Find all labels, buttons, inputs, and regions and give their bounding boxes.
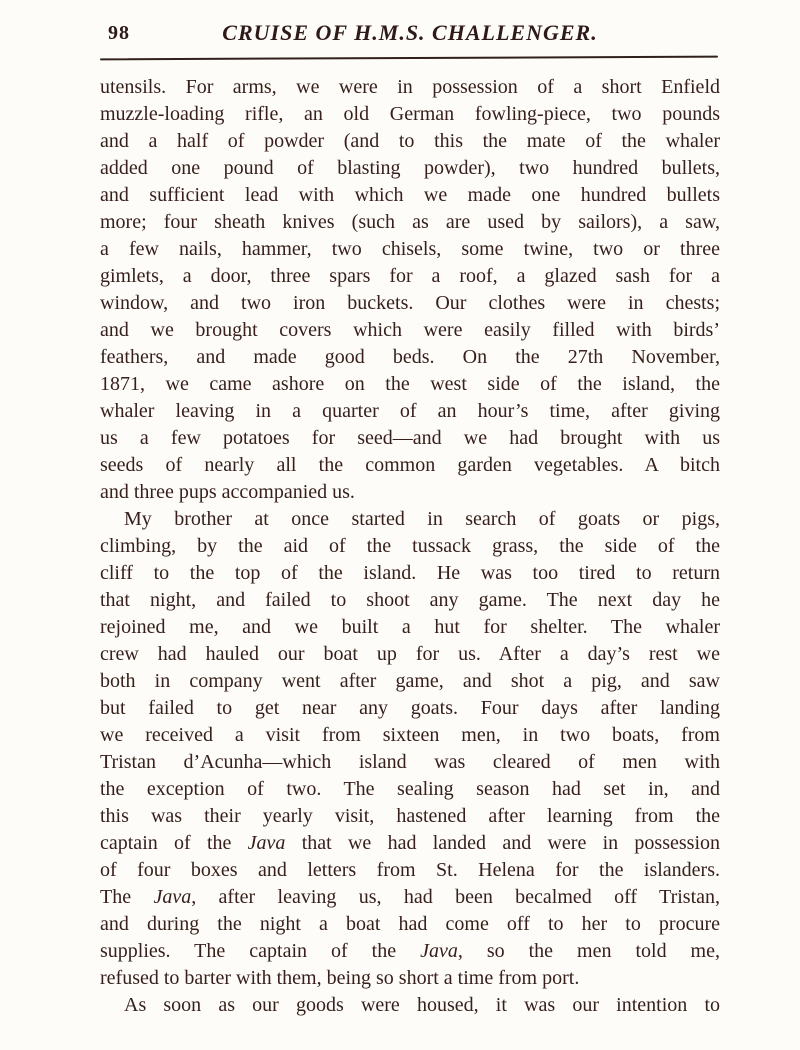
text-line: supplies. The captain of the Java, so th… <box>100 938 720 965</box>
text-segment: a few nails, hammer, two chisels, some t… <box>100 238 720 260</box>
text-line: and a half of powder (and to this the ma… <box>100 128 720 155</box>
text-segment: this was their yearly visit, hastened af… <box>100 805 720 827</box>
text-segment: muzzle-loading rifle, an old German fowl… <box>100 103 720 125</box>
text-segment: and during the night a boat had come off… <box>100 913 720 935</box>
ship-name-italic: Java <box>153 886 191 908</box>
ship-name-italic: Java <box>420 940 458 962</box>
text-segment: more; four sheath knives (such as are us… <box>100 211 720 233</box>
running-title: CRUISE OF H.M.S. CHALLENGER. <box>100 18 720 46</box>
text-segment: cliff to the top of the island. He was t… <box>100 562 720 584</box>
text-line: utensils. For arms, we were in possessio… <box>100 74 720 101</box>
text-line: that night, and failed to shoot any game… <box>100 587 720 614</box>
text-segment: gimlets, a door, three spars for a roof,… <box>100 265 720 287</box>
text-segment: crew had hauled our boat up for us. Afte… <box>100 643 720 665</box>
text-line: feathers, and made good beds. On the 27t… <box>100 344 720 371</box>
text-segment: and three pups accompanied us. <box>100 481 355 503</box>
text-line: seeds of nearly all the common garden ve… <box>100 452 720 479</box>
text-line: My brother at once started in search of … <box>100 506 720 533</box>
text-line: and three pups accompanied us. <box>100 479 720 506</box>
text-segment: utensils. For arms, we were in possessio… <box>100 76 720 98</box>
text-line: both in company went after game, and sho… <box>100 668 720 695</box>
text-line: more; four sheath knives (such as are us… <box>100 209 720 236</box>
text-line: a few nails, hammer, two chisels, some t… <box>100 236 720 263</box>
text-segment: rejoined me, and we built a hut for shel… <box>100 616 720 638</box>
text-line: and sufficient lead with which we made o… <box>100 182 720 209</box>
page-body: utensils. For arms, we were in possessio… <box>100 74 720 1019</box>
text-line: muzzle-loading rifle, an old German fowl… <box>100 101 720 128</box>
text-segment: feathers, and made good beds. On the 27t… <box>100 346 720 368</box>
text-segment: refused to barter with them, being so sh… <box>100 967 579 989</box>
text-line: the exception of two. The sealing season… <box>100 776 720 803</box>
text-line: of four boxes and letters from St. Helen… <box>100 857 720 884</box>
text-segment: As soon as our goods were housed, it was… <box>124 994 720 1016</box>
text-line: climbing, by the aid of the tussack gras… <box>100 533 720 560</box>
text-segment: Tristan d’Acunha—which island was cleare… <box>100 751 720 773</box>
text-line: whaler leaving in a quarter of an hour’s… <box>100 398 720 425</box>
text-line: added one pound of blasting powder), two… <box>100 155 720 182</box>
paragraph: My brother at once started in search of … <box>100 506 720 992</box>
text-line: As soon as our goods were housed, it was… <box>100 992 720 1019</box>
text-segment: that night, and failed to shoot any game… <box>100 589 720 611</box>
text-line: cliff to the top of the island. He was t… <box>100 560 720 587</box>
text-line: refused to barter with them, being so sh… <box>100 965 720 992</box>
text-segment: My brother at once started in search of … <box>124 508 720 530</box>
text-segment: of four boxes and letters from St. Helen… <box>100 859 720 881</box>
text-line: us a few potatoes for seed—and we had br… <box>100 425 720 452</box>
text-segment: 1871, we came ashore on the west side of… <box>100 373 720 395</box>
text-line: window, and two iron buckets. Our clothe… <box>100 290 720 317</box>
book-page: 98 CRUISE OF H.M.S. CHALLENGER. utensils… <box>0 0 800 1050</box>
text-line: The Java, after leaving us, had been bec… <box>100 884 720 911</box>
text-line: rejoined me, and we built a hut for shel… <box>100 614 720 641</box>
text-segment: captain of the <box>100 832 248 854</box>
text-line: 1871, we came ashore on the west side of… <box>100 371 720 398</box>
text-line: gimlets, a door, three spars for a roof,… <box>100 263 720 290</box>
text-line: crew had hauled our boat up for us. Afte… <box>100 641 720 668</box>
text-segment: supplies. The captain of the <box>100 940 420 962</box>
text-segment: The <box>100 886 153 908</box>
text-segment: and a half of powder (and to this the ma… <box>100 130 720 152</box>
text-line: this was their yearly visit, hastened af… <box>100 803 720 830</box>
text-segment: , so the men told me, <box>458 940 720 962</box>
text-segment: but failed to get near any goats. Four d… <box>100 697 720 719</box>
text-segment: both in company went after game, and sho… <box>100 670 720 692</box>
paragraph: utensils. For arms, we were in possessio… <box>100 74 720 506</box>
text-line: Tristan d’Acunha—which island was cleare… <box>100 749 720 776</box>
text-segment: us a few potatoes for seed—and we had br… <box>100 427 720 449</box>
text-segment: and sufficient lead with which we made o… <box>100 184 720 206</box>
text-segment: whaler leaving in a quarter of an hour’s… <box>100 400 720 422</box>
text-segment: seeds of nearly all the common garden ve… <box>100 454 720 476</box>
text-line: and we brought covers which were easily … <box>100 317 720 344</box>
text-line: and during the night a boat had come off… <box>100 911 720 938</box>
page-number: 98 <box>108 22 130 45</box>
text-segment: added one pound of blasting powder), two… <box>100 157 720 179</box>
text-line: we received a visit from sixteen men, in… <box>100 722 720 749</box>
page-header: 98 CRUISE OF H.M.S. CHALLENGER. <box>100 18 720 52</box>
text-segment: climbing, by the aid of the tussack gras… <box>100 535 720 557</box>
text-line: but failed to get near any goats. Four d… <box>100 695 720 722</box>
header-rule <box>100 56 718 61</box>
text-segment: window, and two iron buckets. Our clothe… <box>100 292 720 314</box>
ship-name-italic: Java <box>248 832 286 854</box>
text-segment: that we had landed and were in possessio… <box>285 832 720 854</box>
text-segment: we received a visit from sixteen men, in… <box>100 724 720 746</box>
text-segment: the exception of two. The sealing season… <box>100 778 720 800</box>
text-line: captain of the Java that we had landed a… <box>100 830 720 857</box>
text-segment: and we brought covers which were easily … <box>100 319 720 341</box>
text-segment: , after leaving us, had been becalmed of… <box>191 886 720 908</box>
paragraph: As soon as our goods were housed, it was… <box>100 992 720 1019</box>
